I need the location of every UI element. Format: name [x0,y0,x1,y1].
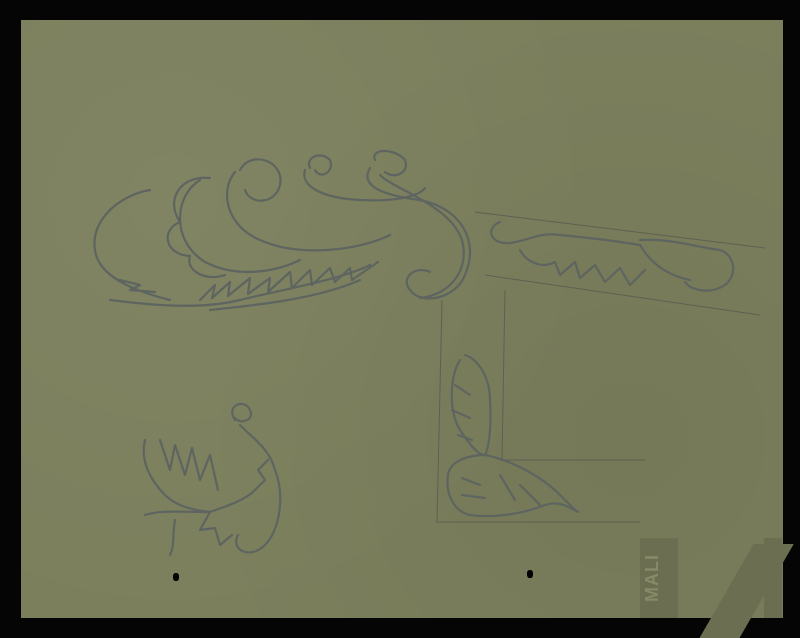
acanthus-border-strip [475,212,765,315]
acanthus-leaf [144,404,281,555]
watermark-text: MALI [642,542,676,614]
acanthus-frieze [94,151,470,310]
paper-hole [527,570,533,578]
paper-hole [173,573,179,581]
watermark-bar-right [764,538,782,618]
corner-ornament [437,290,645,522]
mali-watermark: MALI [640,538,780,618]
